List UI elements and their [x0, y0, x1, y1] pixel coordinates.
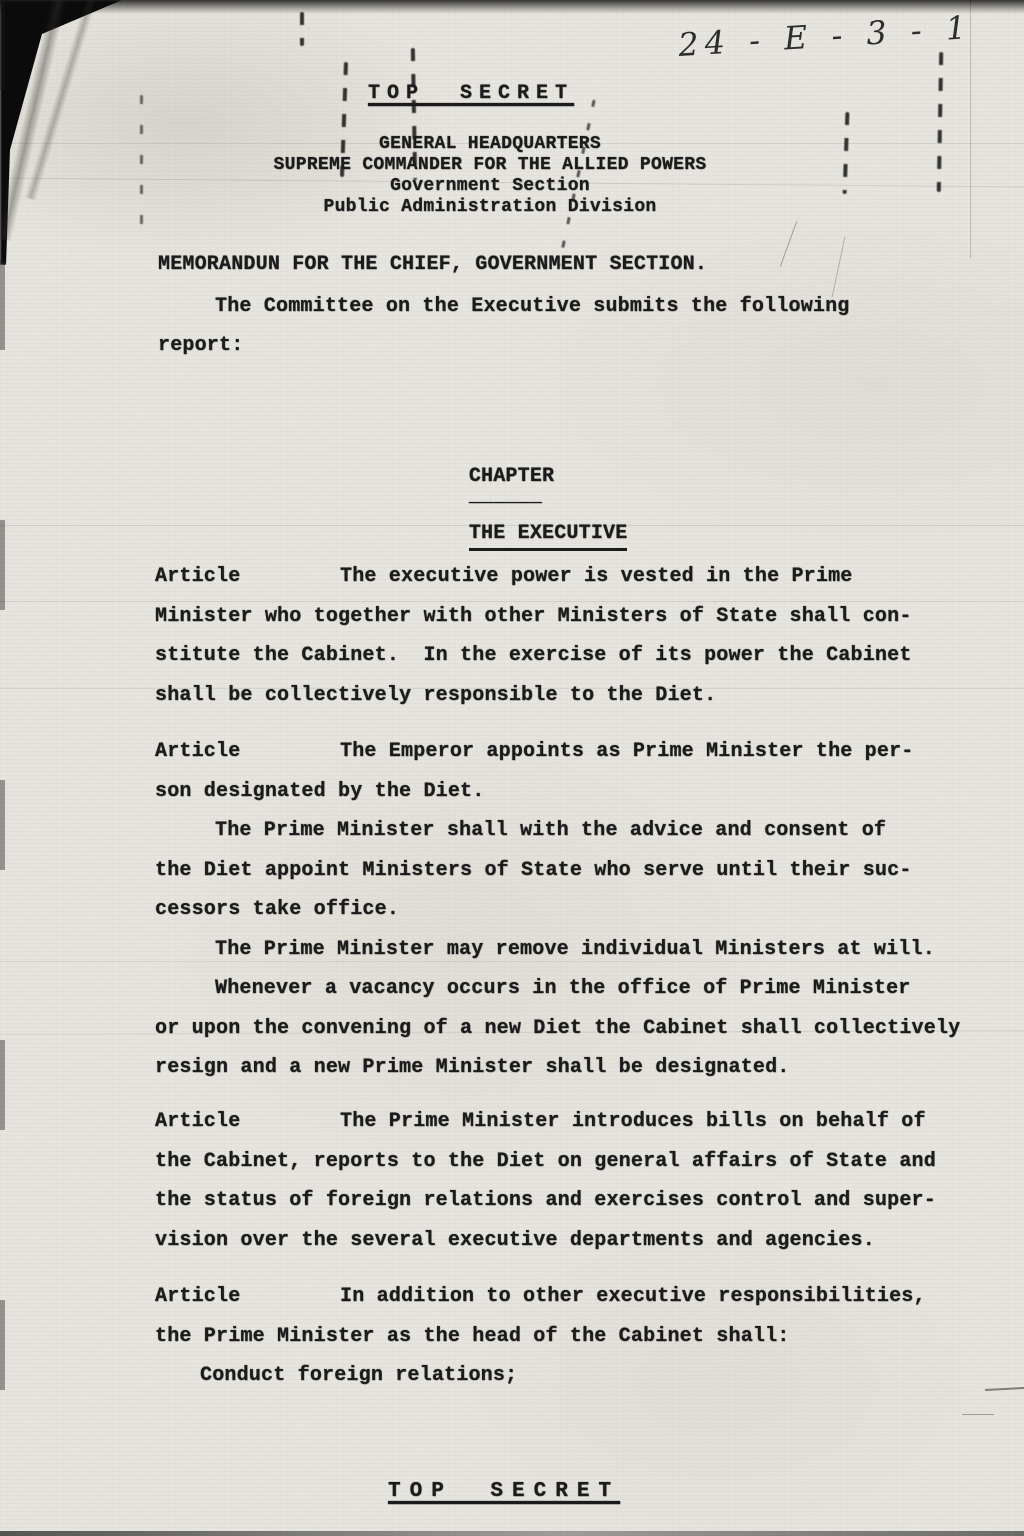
scanned-document-page: 24 - E - 3 - 1 TOP SECRET GENERAL HEADQU…: [0, 0, 1024, 1536]
scan-grain-overlay: [0, 0, 1024, 1536]
